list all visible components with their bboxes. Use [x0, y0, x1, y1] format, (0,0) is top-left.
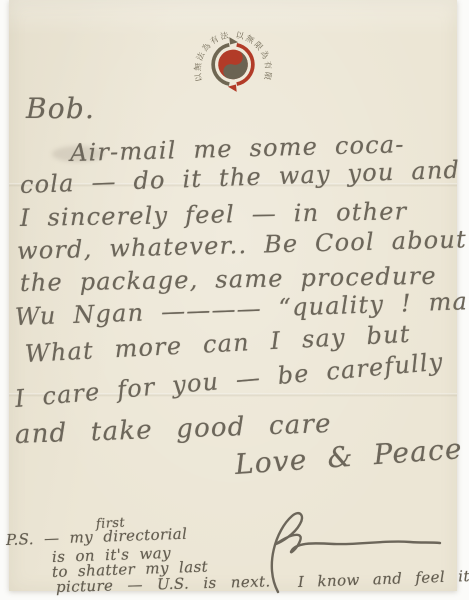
letter-photo: 以無法為有法 以無限為有限 Bob. Air-mail me some coca…: [0, 0, 469, 600]
jeet-kune-do-emblem: 以無法為有法 以無限為有限: [187, 26, 279, 100]
ps-label: P.S. —: [6, 529, 60, 549]
red-arrow-head: [228, 84, 237, 91]
salutation: Bob.: [26, 92, 95, 125]
